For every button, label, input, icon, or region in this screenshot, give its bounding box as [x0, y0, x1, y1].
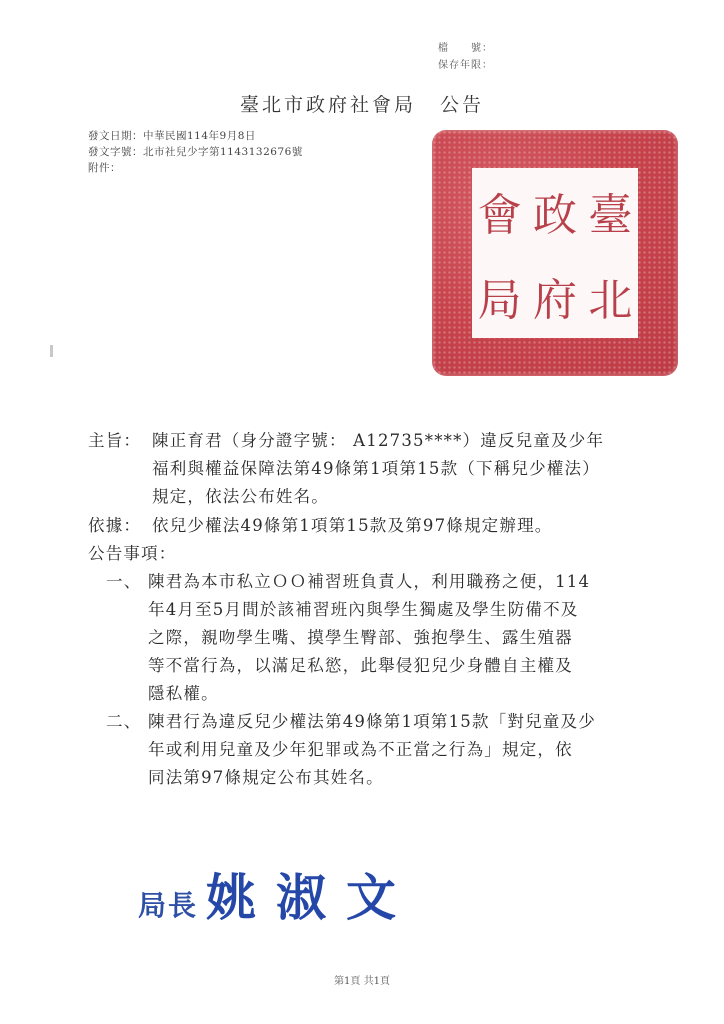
- basis-label: 依據：: [88, 512, 152, 540]
- announcement-item-2: 二、陳君行為違反兒少權法第49條第1項第15款「對兒童及少 年或利用兒童及少年犯…: [106, 708, 686, 792]
- file-metadata: 檔 號： 保存年限：: [438, 40, 493, 74]
- announcement-item-1: 一、陳君為本市私立ＯＯ補習班負責人，利用職務之便，114 年4月至5月間於該補習…: [106, 568, 686, 708]
- page-number: 第1頁 共1頁: [0, 972, 724, 987]
- official-seal-icon: 臺 北 政 府 會 局: [432, 130, 678, 376]
- item-number: 二、: [106, 708, 148, 736]
- seal-char: 會: [472, 168, 527, 253]
- seal-char: 北: [583, 253, 638, 338]
- binding-margin-mark: [50, 345, 53, 357]
- basis-section: 依據：依兒少權法49條第1項第15款及第97條規定辦理。: [88, 512, 553, 540]
- subject-line: 規定，依法公布姓名。: [88, 483, 604, 511]
- subject-line: 陳正育君（身分證字號： A12735****）違反兒童及少年: [152, 431, 604, 450]
- item-line: 陳君為本市私立ＯＯ補習班負責人，利用職務之便，114: [148, 572, 590, 591]
- seal-characters: 臺 北 政 府 會 局: [472, 168, 638, 338]
- seal-char: 臺: [583, 168, 638, 253]
- issue-date-row: 發文日期：中華民國114年9月8日: [88, 128, 303, 144]
- item-line: 同法第97條規定公布其姓名。: [106, 764, 686, 792]
- basis-text: 依兒少權法49條第1項第15款及第97條規定辦理。: [152, 516, 553, 535]
- document-type: 公告: [440, 94, 484, 116]
- reference-number-row: 發文字號：北市社兒少字第1143132676號: [88, 144, 303, 160]
- item-line: 陳君行為違反兒少權法第49條第1項第15款「對兒童及少: [148, 712, 596, 731]
- item-line: 等不當行為，以滿足私慾，此舉侵犯兒少身體自主權及: [106, 652, 686, 680]
- reference-number-label: 發文字號：: [88, 146, 143, 158]
- item-line: 年或利用兒童及少年犯罪或為不正當之行為」規定，依: [106, 736, 686, 764]
- item-line: 隱私權。: [106, 680, 686, 708]
- seal-char: 局: [472, 253, 527, 338]
- reference-number-value: 北市社兒少字第1143132676號: [143, 146, 303, 158]
- seal-char: 政: [527, 168, 582, 253]
- issue-date-value: 中華民國114年9月8日: [143, 130, 256, 142]
- document-title: 臺北市政府社會局公告: [0, 90, 724, 117]
- retention-period-label: 保存年限：: [438, 57, 493, 74]
- issue-info: 發文日期：中華民國114年9月8日 發文字號：北市社兒少字第1143132676…: [88, 128, 303, 176]
- seal-char: 府: [527, 253, 582, 338]
- subject-line: 福利與權益保障法第49條第1項第15款（下稱兒少權法）: [88, 455, 604, 483]
- attachment-row: 附件：: [88, 160, 303, 176]
- item-number: 一、: [106, 568, 148, 596]
- attachment-label: 附件：: [88, 162, 121, 174]
- subject-label: 主旨：: [88, 427, 152, 455]
- file-number-label: 檔 號：: [438, 40, 493, 57]
- subject-section: 主旨：陳正育君（身分證字號： A12735****）違反兒童及少年 福利與權益保…: [88, 427, 604, 511]
- signature-name: 姚淑文: [206, 858, 416, 930]
- issue-date-label: 發文日期：: [88, 130, 143, 142]
- signature-title: 局長: [138, 884, 198, 924]
- agency-name: 臺北市政府社會局: [240, 94, 416, 116]
- announcement-items-heading: 公告事項：: [88, 540, 177, 568]
- item-line: 年4月至5月間於該補習班內與學生獨處及學生防備不及: [106, 596, 686, 624]
- item-line: 之際，親吻學生嘴、摸學生臀部、強抱學生、露生殖器: [106, 624, 686, 652]
- director-signature: 局長 姚淑文: [138, 858, 416, 930]
